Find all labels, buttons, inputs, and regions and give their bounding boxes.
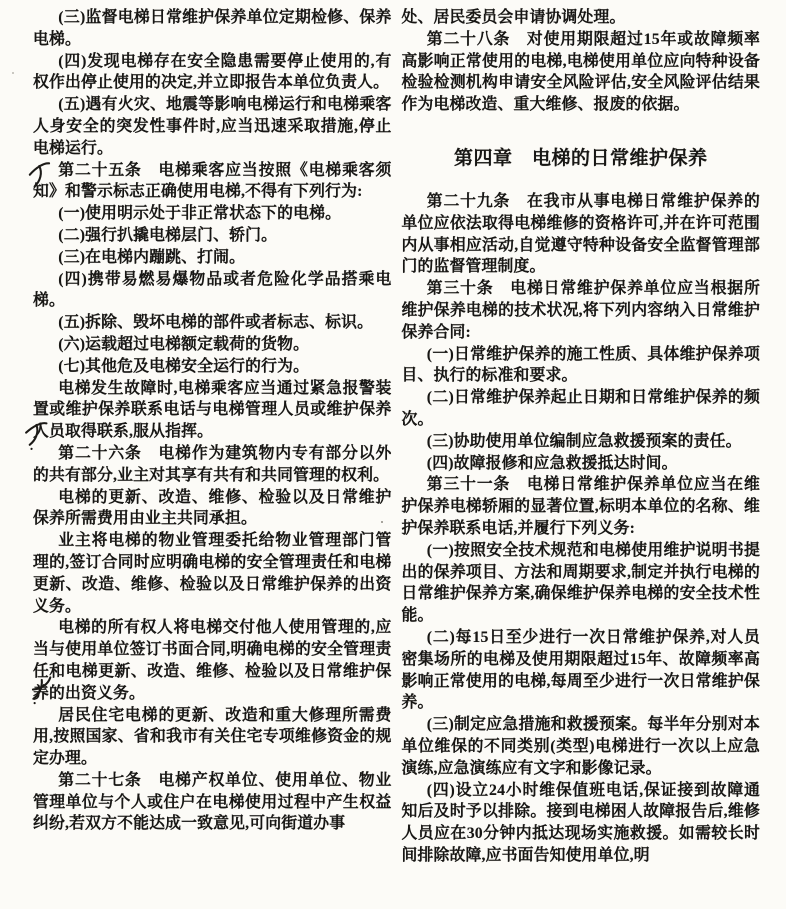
paragraph: 电梯的更新、改造、维修、检验以及日常维护保养所需费用由业主共同承担。 (33, 487, 392, 531)
paragraph: 电梯发生故障时,电梯乘客应当通过紧急报警装置或维护保养联系电话与电梯管理人员或维… (33, 378, 392, 443)
paragraph: (三)制定应急措施和救援预案。每半年分别对本单位维保的不同类别(类型)电梯进行一… (402, 714, 761, 779)
paragraph: 居民住宅电梯的更新、改造和重大修理所需费用,按照国家、省和我市有关住宅专项维修资… (33, 705, 392, 770)
handwritten-margin-mark (26, 159, 54, 195)
paragraph: 第三十条 电梯日常维护保养单位应当根据所维护保养电梯的技术状况,将下列内容纳入日… (402, 278, 761, 343)
paragraph: 第二十七条 电梯产权单位、使用单位、物业管理单位与个人或住户在电梯使用过程中产生… (33, 770, 392, 835)
paragraph: (四)故障报修和应急救援抵达时间。 (402, 453, 761, 475)
paragraph: (五)遇有火灾、地震等影响电梯运行和电梯乘客人身安全的突发性事件时,应当迅速采取… (33, 94, 392, 159)
paragraph: 第二十五条 电梯乘客应当按照《电梯乘客须知》和警示标志正确使用电梯,不得有下列行… (33, 160, 392, 204)
paragraph: (一)使用明示处于非正常状态下的电梯。 (33, 203, 392, 225)
paragraph: (二)强行扒撬电梯层门、轿门。 (33, 225, 392, 247)
paragraph: 第二十六条 电梯作为建筑物内专有部分以外的共有部分,业主对其享有共有和共同管理的… (33, 443, 392, 487)
paragraph: (三)协助使用单位编制应急救援预案的责任。 (402, 431, 761, 453)
left-text-column: (三)监督电梯日常维护保养单位定期检修、保养电梯。(四)发现电梯存在安全隐患需要… (33, 7, 392, 867)
paragraph: (一)按照安全技术规范和电梯使用维护说明书提出的保养项目、方法和周期要求,制定并… (402, 540, 761, 627)
chapter-heading: 第四章 电梯的日常维护保养 (402, 143, 761, 170)
scan-speck (757, 243, 759, 245)
scan-speck (381, 521, 383, 523)
two-column-text-area: (三)监督电梯日常维护保养单位定期检修、保养电梯。(四)发现电梯存在安全隐患需要… (33, 7, 760, 867)
paragraph: 电梯的所有权人将电梯交付他人使用管理的,应当与使用单位签订书面合同,明确电梯的安… (33, 617, 392, 704)
paragraph: 处、居民委员会申请协调处理。 (402, 7, 761, 29)
paragraph: 第二十八条 对使用期限超过15年或故障频率高影响正常使用的电梯,电梯使用单位应向… (402, 29, 761, 116)
paragraph: (四)设立24小时维保值班电话,保证接到故障通知后及时予以排除。接到电梯困人故障… (402, 780, 761, 867)
paragraph: (二)每15日至少进行一次日常维护保养,对人员密集场所的电梯及使用期限超过15年… (402, 627, 761, 714)
paragraph: (五)拆除、毁坏电梯的部件或者标志、标识。 (33, 312, 392, 334)
paragraph: (三)在电梯内蹦跳、打闹。 (33, 247, 392, 269)
scan-speck (455, 836, 458, 838)
paragraph: (六)运载超过电梯额定载荷的货物。 (33, 334, 392, 356)
paragraph: (四)发现电梯存在安全隐患需要停止使用的,有权作出停止使用的决定,并立即报告本单… (33, 51, 392, 95)
paragraph: (七)其他危及电梯安全运行的行为。 (33, 356, 392, 378)
paragraph: 第二十九条 在我市从事电梯日常维护保养的单位应依法取得电梯维修的资格许可,并在许… (402, 191, 761, 278)
scan-speck (12, 72, 14, 74)
paragraph: 业主将电梯的物业管理委托给物业管理部门管理的,签订合同时应明确电梯的安全管理责任… (33, 530, 392, 617)
paragraph: (二)日常维护保养起止日期和日常维护保养的频次。 (402, 387, 761, 431)
paragraph: (三)监督电梯日常维护保养单位定期检修、保养电梯。 (33, 7, 392, 51)
paragraph: (四)携带易燃易爆物品或者危险化学品搭乘电梯。 (33, 269, 392, 313)
right-text-column: 处、居民委员会申请协调处理。第二十八条 对使用期限超过15年或故障频率高影响正常… (402, 7, 761, 867)
paragraph: 第三十一条 电梯日常维护保养单位应当在维护保养电梯轿厢的显著位置,标明本单位的名… (402, 474, 761, 539)
scanned-document-page: (三)监督电梯日常维护保养单位定期检修、保养电梯。(四)发现电梯存在安全隐患需要… (0, 0, 786, 909)
paragraph: (一)日常维护保养的施工性质、具体维护保养项目、执行的标准和要求。 (402, 344, 761, 388)
handwritten-margin-mark (22, 419, 49, 454)
